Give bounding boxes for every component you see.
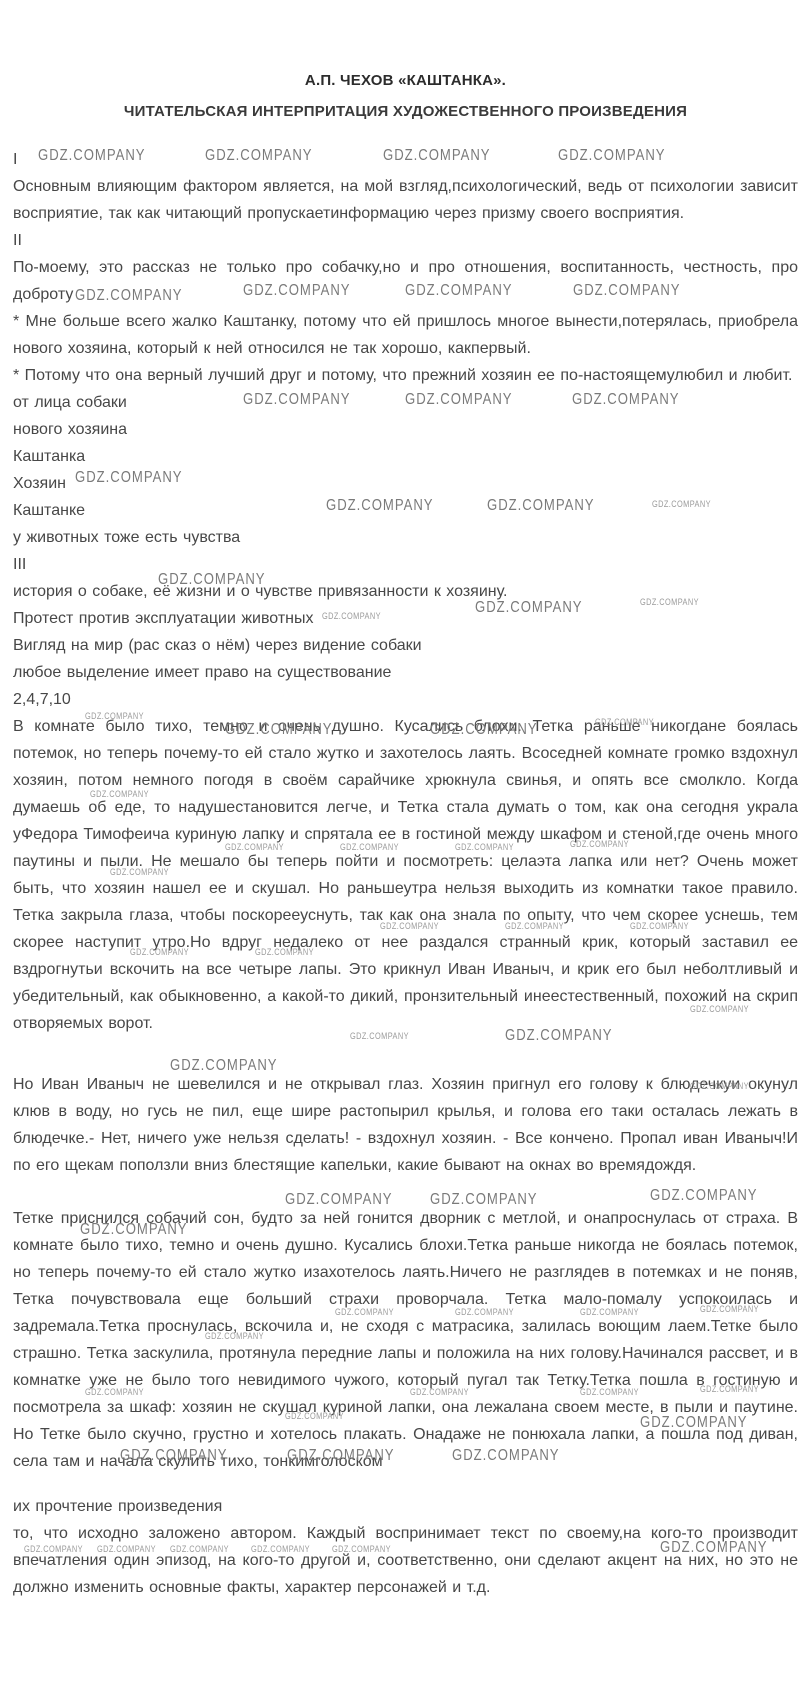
document-title-line2: ЧИТАТЕЛЬСКАЯ ИНТЕРПРИТАЦИЯ ХУДОЖЕСТВЕННО… <box>0 103 811 121</box>
paragraph: II <box>13 227 798 254</box>
paragraph: их прочтение произведения <box>13 1493 798 1520</box>
paragraph: В комнате было тихо, темно и очень душно… <box>13 713 798 1037</box>
paragraph: то, что исходно заложено автором. Каждый… <box>13 1520 798 1601</box>
paragraph: любое выделение имеет право на существов… <box>13 659 798 686</box>
paragraph: Каштанке <box>13 497 798 524</box>
paragraph: Протест против эксплуатации животных <box>13 605 798 632</box>
paragraph: I <box>13 146 798 173</box>
paragraph: III <box>13 551 798 578</box>
paragraph: Но Иван Иваныч не шевелился и не открыва… <box>13 1071 798 1179</box>
paragraph: нового хозяина <box>13 416 798 443</box>
paragraph: Тетке приснился собачий сон, будто за не… <box>13 1205 798 1475</box>
paragraph: 2,4,7,10 <box>13 686 798 713</box>
document-body: IОсновным влияющим фактором является, на… <box>0 121 811 1601</box>
document-header: А.П. ЧЕХОВ «КАШТАНКА». ЧИТАТЕЛЬСКАЯ ИНТЕ… <box>0 0 811 121</box>
paragraph: По-моему, это рассказ не только про соба… <box>13 254 798 308</box>
paragraph: Хозяин <box>13 470 798 497</box>
paragraph: * Мне больше всего жалко Каштанку, потом… <box>13 308 798 362</box>
paragraph: * Потому что она верный лучший друг и по… <box>13 362 798 389</box>
paragraph: от лица собаки <box>13 389 798 416</box>
document-page: А.П. ЧЕХОВ «КАШТАНКА». ЧИТАТЕЛЬСКАЯ ИНТЕ… <box>0 0 811 1693</box>
document-title-line1: А.П. ЧЕХОВ «КАШТАНКА». <box>0 72 811 90</box>
paragraph: Основным влияющим фактором является, на … <box>13 173 798 227</box>
paragraph: у животных тоже есть чувства <box>13 524 798 551</box>
paragraph: Вигляд на мир (рас сказ о нём) через вид… <box>13 632 798 659</box>
paragraph: Каштанка <box>13 443 798 470</box>
paragraph: история о собаке, её жизни и о чувстве п… <box>13 578 798 605</box>
